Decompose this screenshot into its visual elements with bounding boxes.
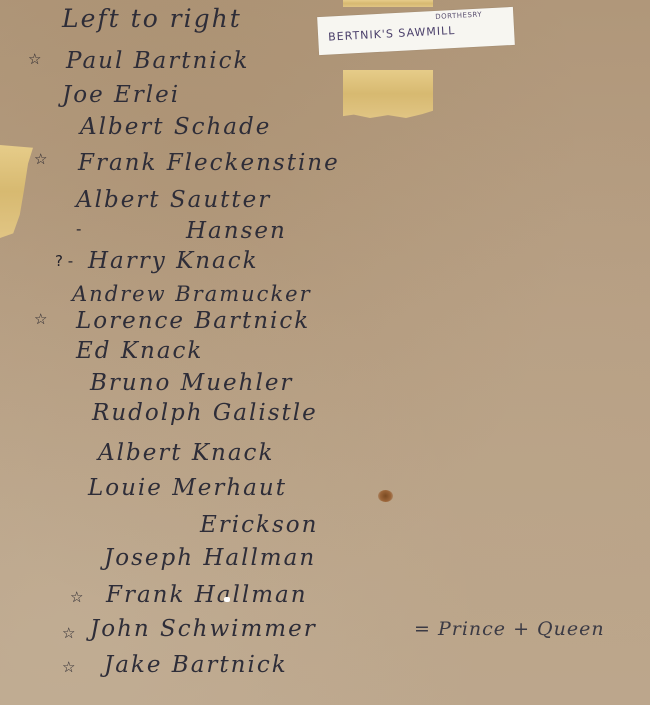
list-item: Albert Schade xyxy=(80,114,271,140)
question-mark: ? - xyxy=(55,252,73,270)
stain-spot xyxy=(378,490,393,502)
star-icon: ☆ xyxy=(62,658,75,676)
sawmill-label: DORTHESRY BERTNIK'S SAWMILL xyxy=(317,7,515,55)
scanned-document: DORTHESRY BERTNIK'S SAWMILL Left to righ… xyxy=(0,0,650,705)
annotation-note: = Prince + Queen xyxy=(414,618,605,640)
list-item: Paul Bartnick xyxy=(66,48,249,74)
list-item: Joe Erlei xyxy=(62,82,180,108)
list-item: Harry Knack xyxy=(88,248,259,274)
star-icon: ☆ xyxy=(34,310,47,328)
star-icon: ☆ xyxy=(62,624,75,642)
list-item: Joseph Hallman xyxy=(104,545,316,571)
masking-tape-top xyxy=(343,0,433,7)
list-item: Louie Merhaut xyxy=(88,475,287,501)
dash-mark: - xyxy=(76,220,81,238)
masking-tape-middle xyxy=(343,70,433,118)
list-item: John Schwimmer xyxy=(90,616,317,642)
label-main-text: BERTNIK'S SAWMILL xyxy=(328,24,456,44)
list-item: Andrew Bramucker xyxy=(72,282,312,306)
list-item: Albert Sautter xyxy=(76,187,271,213)
white-speck xyxy=(224,597,230,602)
masking-tape-left xyxy=(0,145,33,238)
list-item: Jake Bartnick xyxy=(104,652,288,678)
list-item: Frank Fleckenstine xyxy=(78,150,340,176)
star-icon: ☆ xyxy=(28,50,41,68)
heading: Left to right xyxy=(62,4,242,33)
list-item: Erickson xyxy=(200,512,318,538)
list-item: Bruno Muehler xyxy=(90,370,293,396)
list-item: Albert Knack xyxy=(98,440,274,466)
star-icon: ☆ xyxy=(70,588,83,606)
list-item: Lorence Bartnick xyxy=(76,308,310,334)
list-item: Rudolph Galistle xyxy=(92,400,318,426)
list-item: Hansen xyxy=(186,218,287,244)
label-small-text: DORTHESRY xyxy=(435,11,482,21)
list-item: Frank Hallman xyxy=(106,582,308,608)
star-icon: ☆ xyxy=(34,150,47,168)
list-item: Ed Knack xyxy=(76,338,203,364)
